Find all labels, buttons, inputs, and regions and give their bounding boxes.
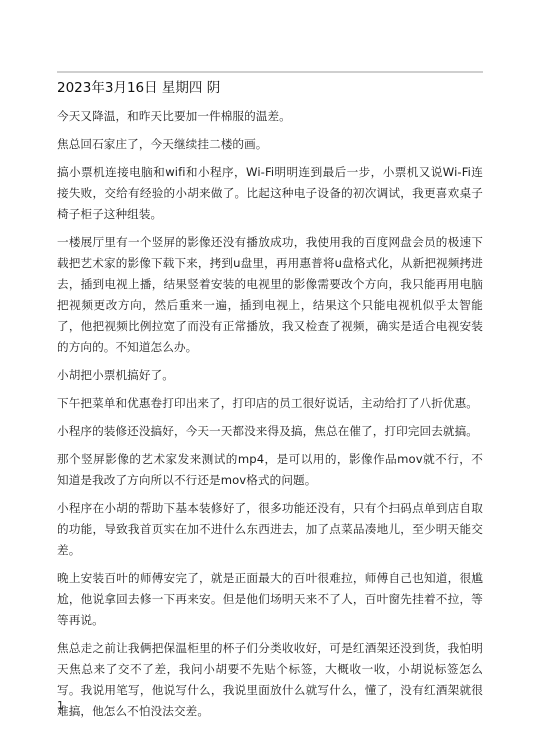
paragraph: 那个竖屏影像的艺术家发来测试的mp4，是可以用的，影像作品mov就不行，不知道是… [57, 449, 483, 491]
paragraph: 一楼展厅里有一个竖屏的影像还没有播放成功，我使用我的百度网盘会员的极速下载把艺术… [57, 232, 483, 358]
header-divider [57, 71, 483, 73]
paragraph: 焦总走之前让我俩把保温柜里的杯子们分类收收好，可是红酒架还没到货，我怕明天焦总来… [57, 638, 483, 722]
entry-date-heading: 2023年3月16日 星期四 阴 [57, 79, 220, 97]
paragraph: 焦总回石家庄了，今天继续挂二楼的画。 [57, 134, 483, 155]
paragraph: 下午把菜单和优惠卷打印出来了，打印店的员工很好说话，主动给打了八折优惠。 [57, 393, 483, 414]
paragraph: 晚上安装百叶的师傅安完了，就是正面最大的百叶很难拉，师傅自己也知道，很尴尬，他说… [57, 568, 483, 631]
paragraph: 搞小票机连接电脑和wifi和小程序，Wi-Fi明明连到最后一步，小票机又说Wi-… [57, 162, 483, 225]
paragraph: 小胡把小票机搞好了。 [57, 365, 483, 386]
paragraph: 今天又降温，和昨天比要加一件棉服的温差。 [57, 106, 483, 127]
entry-body: 今天又降温，和昨天比要加一件棉服的温差。 焦总回石家庄了，今天继续挂二楼的画。 … [57, 106, 483, 729]
paragraph: 小程序的装修还没搞好，今天一天都没来得及搞，焦总在催了，打印完回去就搞。 [57, 421, 483, 442]
paragraph: 小程序在小胡的帮助下基本装修好了，很多功能还没有，只有个扫码点单到店自取的功能，… [57, 498, 483, 561]
page-number: 1 [57, 699, 64, 712]
